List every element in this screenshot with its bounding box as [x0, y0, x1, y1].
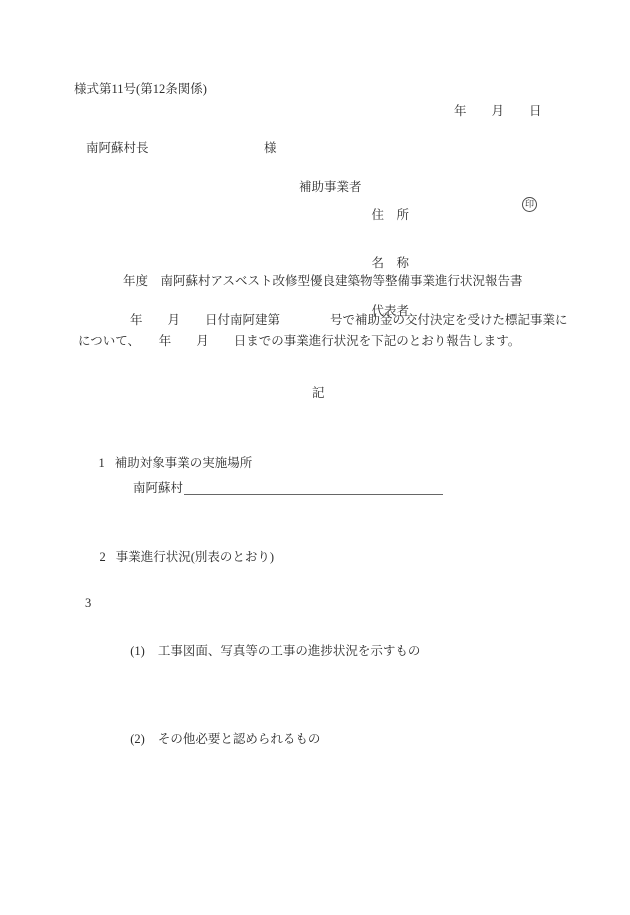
body-paragraph-line1: 年 月 日付南阿建第 号で補助金の交付決定を受けた標記事業に — [130, 313, 568, 327]
list-item-3: 3 (1)工事図面、写真等の工事の進捗状況を示すもの (2)その他必要と認められ… — [85, 593, 420, 797]
date-blank-line: 年 月 日 — [454, 104, 542, 118]
item-3-sub-list: (1)工事図面、写真等の工事の進捗状況を示すもの (2)その他必要と認められるも… — [105, 593, 420, 797]
item-3-sub-1: (1)工事図面、写真等の工事の進捗状況を示すもの — [105, 621, 420, 681]
list-item-2: 2事業進行状況(別表のとおり) — [87, 536, 274, 578]
applicant-field-address: 住 所 — [372, 205, 410, 225]
item-1-number: 1 — [99, 456, 105, 470]
document-page: 様式第11号(第12条関係) 年 月 日 南阿蘇村長 様 補助事業者 住 所 名… — [0, 0, 630, 915]
applicant-label: 補助事業者 — [299, 177, 362, 197]
item-3-number: 3 — [85, 593, 91, 613]
item-2-number: 2 — [100, 550, 106, 564]
seal-mark-icon: 印 — [522, 197, 537, 212]
item-1-text: 補助対象事業の実施場所 — [115, 456, 253, 470]
item-3-sub-1-text: 工事図面、写真等の工事の進捗状況を示すもの — [158, 644, 421, 658]
item-3-sub-2-text: その他必要と認められるもの — [158, 732, 321, 746]
item-3-sub-1-number: (1) — [130, 644, 145, 658]
item-3-sub-2-number: (2) — [130, 732, 145, 746]
list-item-1: 1補助対象事業の実施場所 — [86, 442, 252, 484]
location-fill-in-blank — [184, 481, 443, 495]
body-paragraph-line2: について、 年 月 日までの事業進行状況を下記のとおり報告します。 — [78, 334, 520, 348]
section-marker: 記 — [312, 386, 325, 400]
applicant-field-name: 名 称 — [372, 253, 410, 273]
location-prefix: 南阿蘇村 — [133, 481, 183, 495]
addressee-honorific: 様 — [264, 141, 277, 155]
document-title: 年度 南阿蘇村アスベスト改修型優良建築物等整備事業進行状況報告書 — [123, 274, 523, 288]
item-3-sub-2: (2)その他必要と認められるもの — [105, 709, 420, 769]
item-2-text: 事業進行状況(別表のとおり) — [116, 550, 274, 564]
addressee-name: 南阿蘇村長 — [86, 141, 149, 155]
form-number: 様式第11号(第12条関係) — [74, 82, 207, 96]
